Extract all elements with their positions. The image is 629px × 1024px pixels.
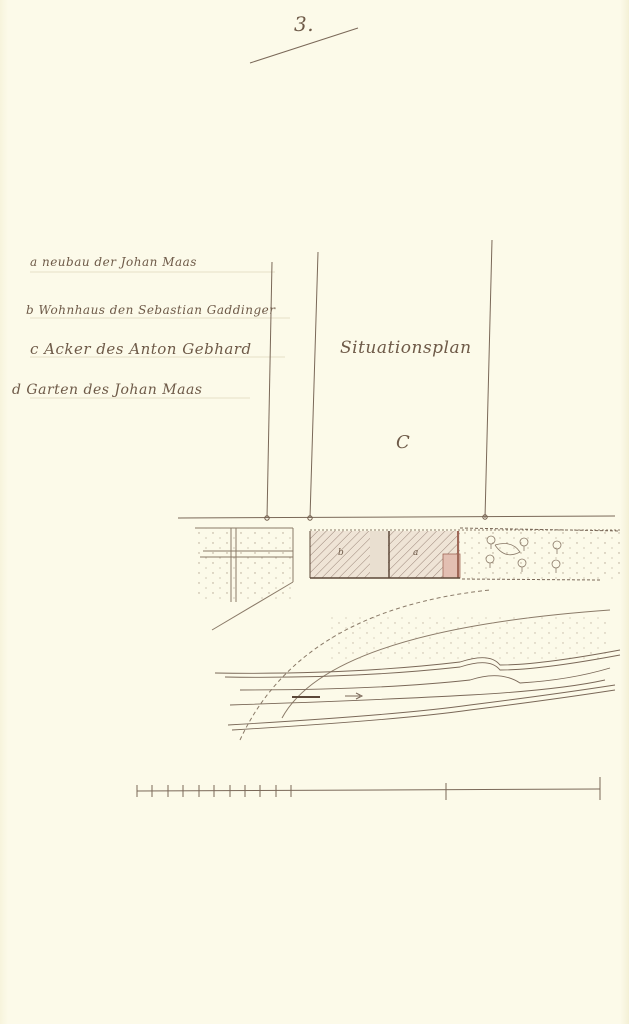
building-label-a: b	[338, 548, 344, 558]
site-plan-drawing: b a	[0, 0, 629, 1024]
river-lines	[215, 650, 620, 730]
building-label-b: a	[413, 548, 418, 558]
scale-bar	[137, 777, 600, 800]
